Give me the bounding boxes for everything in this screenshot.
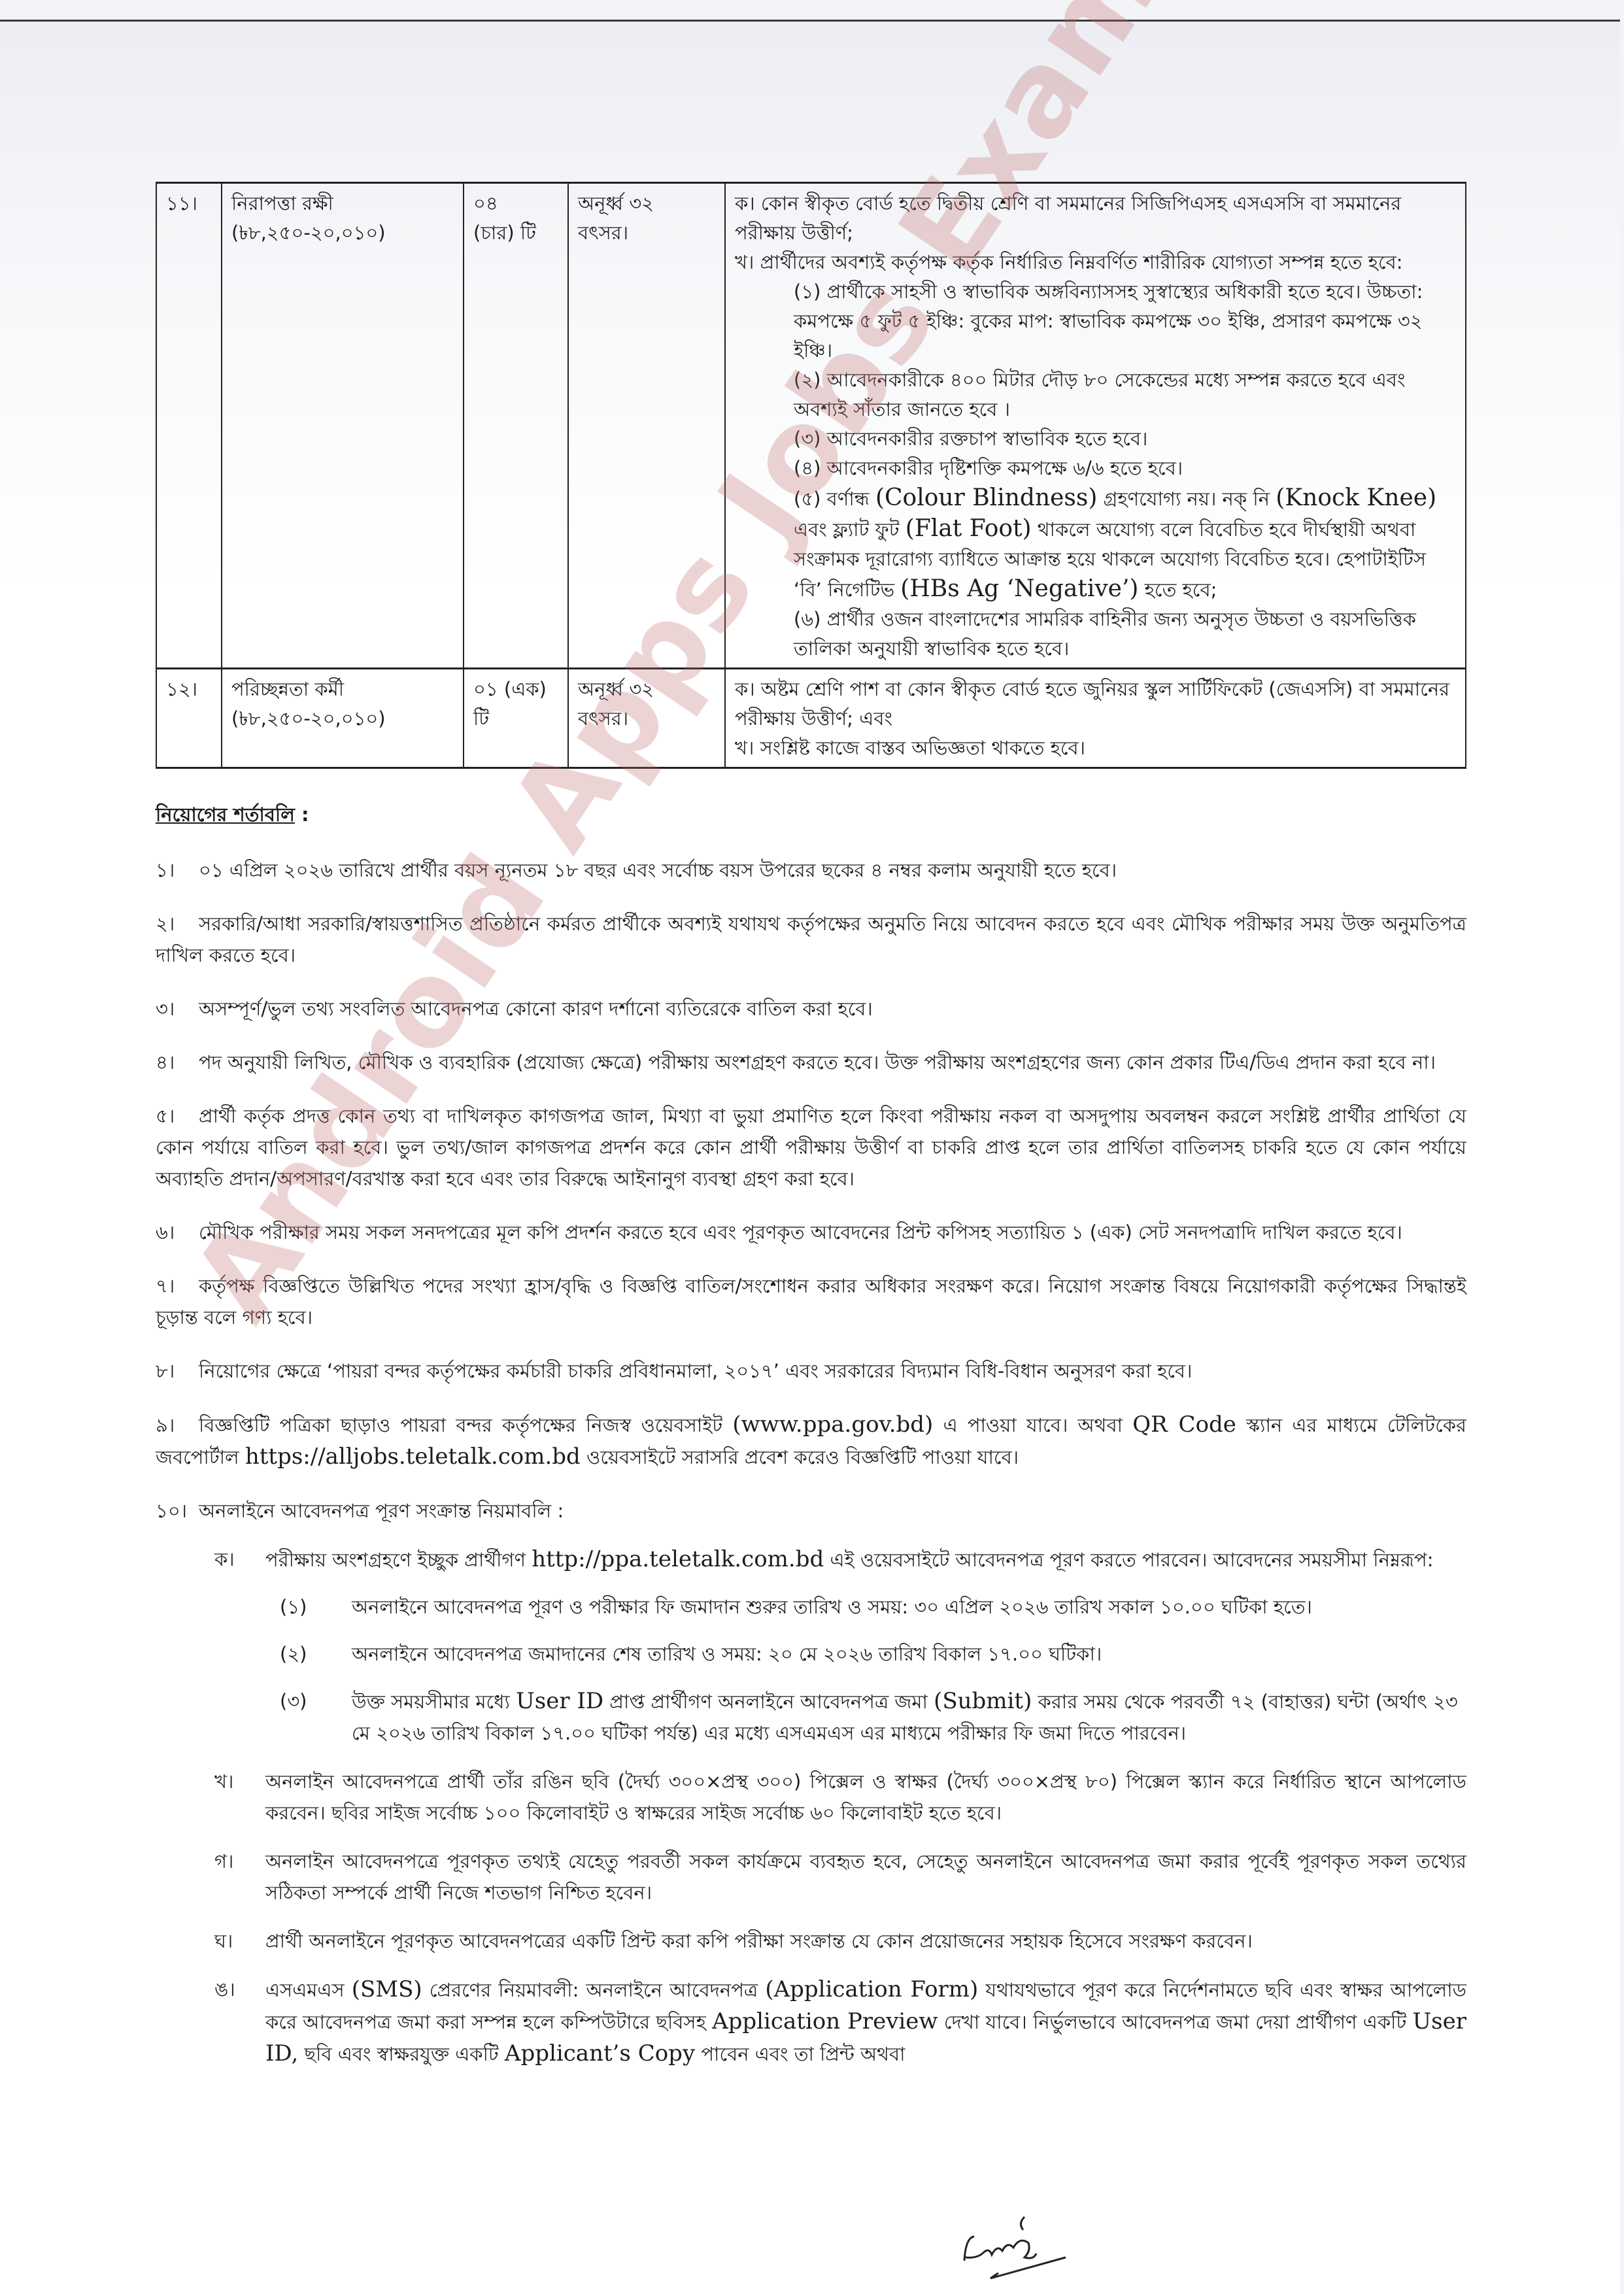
condition-number: ৮।	[156, 1355, 199, 1387]
condition-item-2: ২।সরকারি/আধা সরকারি/স্বায়ত্তশাসিত প্রতি…	[156, 908, 1466, 971]
condition-text: পদ অনুযায়ী লিখিত, মৌখিক ও ব্যবহারিক (প্…	[199, 1051, 1436, 1073]
rule-text: অনলাইন আবেদনপত্রে প্রার্থী তাঁর রঙিন ছবি…	[265, 1766, 1466, 1829]
physical-3: (৩) আবেদনকারীর রক্তচাপ স্বাভাবিক হতে হবে…	[735, 424, 1456, 454]
physical-6: (৬) প্রার্থীর ওজন বাংলাদেশের সামরিক বাহি…	[735, 605, 1456, 664]
condition-number: ১০।	[156, 1495, 199, 1527]
age-limit: অনূর্ধ্ব ৩২	[578, 675, 715, 704]
rule-label: ক।	[214, 1543, 265, 1576]
physical-2: (২) আবেদনকারীকে ৪০০ মিটার দৌড় ৮০ সেকেন্…	[735, 365, 1456, 424]
physical-5: (৫) বর্ণান্ধ (Colour Blindness) গ্রহণযোগ…	[735, 483, 1456, 605]
age-cell: অনূর্ধ্ব ৩২ বৎসর।	[568, 669, 725, 768]
text-run: প্রেরণের নিয়মাবলী: অনলাইনে আবেদনপত্র	[422, 1979, 766, 2001]
text-run: উক্ত সময়সীমার মধ্যে	[352, 1691, 516, 1713]
deadline-text: অনলাইনে আবেদনপত্র পূরণ ও পরীক্ষার ফি জমা…	[352, 1591, 1466, 1623]
english-term: (Colour Blindness)	[875, 484, 1098, 511]
document-content: ১১। নিরাপত্তা রক্ষী (৳৮,২৫০-২০,০১০) ০৪ (…	[156, 182, 1466, 2070]
text-run: পরীক্ষায় অংশগ্রহণে ইচ্ছুক প্রার্থীগণ	[265, 1549, 532, 1571]
condition-number: ৯।	[156, 1409, 199, 1441]
requirement-ka: ক। কোন স্বীকৃত বোর্ড হতে দ্বিতীয় শ্রেণি…	[735, 189, 1456, 248]
rule-label: ঙ।	[214, 1974, 265, 2070]
condition-number: ৬।	[156, 1217, 199, 1248]
serial-cell: ১১।	[156, 183, 222, 669]
pay-scale: (৳৮,২৫০-২০,০১০)	[231, 704, 454, 734]
text-run: ছবি এবং স্বাক্ষরযুক্ত একটি	[298, 2043, 505, 2065]
qr-code-term: QR Code	[1132, 1411, 1236, 1438]
physical-1: (১) প্রার্থীকে সাহসী ও স্বাভাবিক অঙ্গবিন…	[735, 277, 1456, 365]
section-colon: :	[295, 803, 309, 826]
text-run: পাবেন এবং তা প্রিন্ট অথবা	[695, 2043, 905, 2065]
post-name: নিরাপত্তা রক্ষী	[231, 189, 454, 218]
rule-text: এসএমএস (SMS) প্রেরণের নিয়মাবলী: অনলাইনে…	[265, 1974, 1466, 2070]
condition-item-1: ১।০১ এপ্রিল ২০২৬ তারিখে প্রার্থীর বয়স ন…	[156, 854, 1466, 886]
section-title: নিয়োগের শর্তাবলি	[156, 800, 295, 832]
condition-text: সরকারি/আধা সরকারি/স্বায়ত্তশাসিত প্রতিষ্…	[156, 913, 1466, 966]
condition-item-8: ৮।নিয়োগের ক্ষেত্রে ‘পায়রা বন্দর কর্তৃপ…	[156, 1355, 1466, 1387]
text-run: এসএমএস	[265, 1979, 352, 2001]
conditions-list: ১।০১ এপ্রিল ২০২৬ তারিখে প্রার্থীর বয়স ন…	[156, 854, 1466, 1387]
age-unit: বৎসর।	[578, 218, 715, 248]
condition-item-10: ১০।অনলাইনে আবেদনপত্র পূরণ সংক্রান্ত নিয়…	[156, 1495, 1466, 1527]
text-run: দেখা যাবে। নির্ভুলভাবে আবেদনপত্র জমা দেয…	[938, 2011, 1413, 2033]
english-term: Application Preview	[712, 2008, 938, 2034]
job-portal-link[interactable]: https://alljobs.teletalk.com.bd	[245, 1443, 581, 1470]
post-count: ০১ (এক)	[473, 675, 558, 704]
rule-text: অনলাইন আবেদনপত্রে পূরণকৃত তথ্যই যেহেতু প…	[265, 1846, 1466, 1908]
english-term: (HBs Ag ‘Negative’)	[900, 575, 1138, 602]
condition-item-4: ৪।পদ অনুযায়ী লিখিত, মৌখিক ও ব্যবহারিক (…	[156, 1047, 1466, 1078]
requirement-kha: খ। সংশ্লিষ্ট কাজে বাস্তব অভিজ্ঞতা থাকতে …	[735, 734, 1456, 763]
english-term: Applicant’s Copy	[505, 2040, 695, 2066]
english-term: (Submit)	[934, 1688, 1032, 1714]
requirements-cell: ক। কোন স্বীকৃত বোর্ড হতে দ্বিতীয় শ্রেণি…	[725, 183, 1466, 669]
condition-item-5: ৫।প্রার্থী কর্তৃক প্রদত্ত কোন তথ্য বা দা…	[156, 1100, 1466, 1194]
condition-number: ১।	[156, 854, 199, 886]
age-cell: অনূর্ধ্ব ৩২ বৎসর।	[568, 183, 725, 669]
post-count-words: টি	[473, 704, 558, 734]
condition-number: ৪।	[156, 1047, 199, 1078]
rule-label: গ।	[214, 1846, 265, 1908]
website-link[interactable]: (www.ppa.gov.bd)	[732, 1411, 933, 1438]
condition-number: ৫।	[156, 1100, 199, 1132]
deadline-text: উক্ত সময়সীমার মধ্যে User ID প্রাপ্ত প্র…	[352, 1685, 1466, 1749]
condition-item-7: ৭।কর্তৃপক্ষ বিজ্ঞপ্তিতে উল্লিখিত পদের সং…	[156, 1270, 1466, 1333]
serial-cell: ১২।	[156, 669, 222, 768]
pay-scale: (৳৮,২৫০-২০,০১০)	[231, 218, 454, 248]
english-term: User ID	[516, 1688, 603, 1714]
english-term: (Application Form)	[765, 1976, 978, 2002]
english-term: (Knock Knee)	[1276, 484, 1436, 511]
deadline-text: অনলাইনে আবেদনপত্র জমাদানের শেষ তারিখ ও স…	[352, 1638, 1466, 1670]
english-term: (SMS)	[352, 1976, 422, 2002]
post-table: ১১। নিরাপত্তা রক্ষী (৳৮,২৫০-২০,০১০) ০৪ (…	[156, 182, 1466, 769]
age-limit: অনূর্ধ্ব ৩২	[578, 189, 715, 218]
conditions-heading: নিয়োগের শর্তাবলি :	[156, 800, 1466, 832]
online-rule-ka: ক। পরীক্ষায় অংশগ্রহণে ইচ্ছুক প্রার্থীগণ…	[214, 1543, 1466, 1576]
condition-text: অসম্পূর্ণ/ভুল তথ্য সংবলিত আবেদনপত্র কোনো…	[199, 998, 873, 1020]
rule-text: প্রার্থী অনলাইনে পূরণকৃত আবেদনপত্রের একট…	[265, 1925, 1466, 1957]
condition-text: মৌখিক পরীক্ষার সময় সকল সনদপত্রের মূল কপ…	[199, 1221, 1402, 1243]
text-run: প্রাপ্ত প্রার্থীগণ অনলাইনে আবেদনপত্র জমা	[603, 1691, 934, 1713]
condition-number: ৩।	[156, 993, 199, 1024]
text-run: বিজ্ঞপ্তিটি পত্রিকা ছাড়াও পায়রা বন্দর …	[199, 1414, 732, 1436]
physical-4: (৪) আবেদনকারীর দৃষ্টিশক্তি কমপক্ষে ৬/৬ হ…	[735, 454, 1456, 483]
condition-item-6: ৬।মৌখিক পরীক্ষার সময় সকল সনদপত্রের মূল …	[156, 1217, 1466, 1248]
rule-text: পরীক্ষায় অংশগ্রহণে ইচ্ছুক প্রার্থীগণ ht…	[265, 1543, 1466, 1576]
text-run: গ্রহণযোগ্য নয়। নক্ নি	[1097, 488, 1276, 510]
deadline-label: (৩)	[280, 1685, 352, 1749]
text-run: এবং ফ্ল্যাট ফুট	[794, 518, 905, 541]
post-count-words: (চার) টি	[473, 218, 558, 248]
requirements-cell: ক। অষ্টম শ্রেণি পাশ বা কোন স্বীকৃত বোর্ড…	[725, 669, 1466, 768]
count-cell: ০৪ (চার) টি	[464, 183, 568, 669]
condition-number: ২।	[156, 908, 199, 939]
condition-number: ৭।	[156, 1270, 199, 1302]
text-run: হতে হবে;	[1138, 579, 1217, 601]
online-rule-ga: গ। অনলাইন আবেদনপত্রে পূরণকৃত তথ্যই যেহেত…	[214, 1846, 1466, 1908]
requirement-kha: খ। প্রার্থীদের অবশ্যই কর্তৃপক্ষ কর্তৃক ন…	[735, 248, 1456, 277]
post-count: ০৪	[473, 189, 558, 218]
rule-label: খ।	[214, 1766, 265, 1829]
condition-text: ০১ এপ্রিল ২০২৬ তারিখে প্রার্থীর বয়স ন্য…	[199, 859, 1117, 881]
application-site-link[interactable]: http://ppa.teletalk.com.bd	[532, 1546, 824, 1572]
text-run: এ পাওয়া যাবে। অথবা	[933, 1414, 1132, 1436]
deadline-item-1: (১) অনলাইনে আবেদনপত্র পূরণ ও পরীক্ষার ফি…	[280, 1591, 1466, 1623]
post-cell: পরিচ্ছন্নতা কর্মী (৳৮,২৫০-২০,০১০)	[222, 669, 464, 768]
online-rule-gha: ঘ। প্রার্থী অনলাইনে পূরণকৃত আবেদনপত্রের …	[214, 1925, 1466, 1957]
signature-icon	[951, 2212, 1082, 2284]
age-unit: বৎসর।	[578, 704, 715, 734]
condition-text: অনলাইনে আবেদনপত্র পূরণ সংক্রান্ত নিয়মাব…	[199, 1500, 564, 1522]
online-rule-kha: খ। অনলাইন আবেদনপত্রে প্রার্থী তাঁর রঙিন …	[214, 1766, 1466, 1829]
deadline-label: (১)	[280, 1591, 352, 1623]
text-run: ওয়েবসাইটে সরাসরি প্রবেশ করেও বিজ্ঞপ্তিট…	[581, 1446, 1019, 1468]
count-cell: ০১ (এক) টি	[464, 669, 568, 768]
rule-label: ঘ।	[214, 1925, 265, 1957]
document-page: ১১। নিরাপত্তা রক্ষী (৳৮,২৫০-২০,০১০) ০৪ (…	[0, 20, 1620, 2294]
post-cell: নিরাপত্তা রক্ষী (৳৮,২৫০-২০,০১০)	[222, 183, 464, 669]
english-term: (Flat Foot)	[905, 515, 1032, 542]
text-run: এই ওয়েবসাইটে আবেদনপত্র পূরণ করতে পারবেন…	[824, 1549, 1433, 1571]
condition-item-9: ৯।বিজ্ঞপ্তিটি পত্রিকা ছাড়াও পায়রা বন্দ…	[156, 1409, 1466, 1473]
condition-text: প্রার্থী কর্তৃক প্রদত্ত কোন তথ্য বা দাখি…	[156, 1105, 1466, 1190]
deadline-item-3: (৩) উক্ত সময়সীমার মধ্যে User ID প্রাপ্ত…	[280, 1685, 1466, 1749]
post-name: পরিচ্ছন্নতা কর্মী	[231, 675, 454, 704]
condition-item-3: ৩।অসম্পূর্ণ/ভুল তথ্য সংবলিত আবেদনপত্র কো…	[156, 993, 1466, 1024]
table-row: ১২। পরিচ্ছন্নতা কর্মী (৳৮,২৫০-২০,০১০) ০১…	[156, 669, 1466, 768]
deadline-item-2: (২) অনলাইনে আবেদনপত্র জমাদানের শেষ তারিখ…	[280, 1638, 1466, 1670]
text-run: (৫) বর্ণান্ধ	[794, 488, 875, 510]
condition-text: কর্তৃপক্ষ বিজ্ঞপ্তিতে উল্লিখিত পদের সংখ্…	[156, 1275, 1466, 1328]
condition-text: নিয়োগের ক্ষেত্রে ‘পায়রা বন্দর কর্তৃপক্…	[199, 1360, 1192, 1382]
online-rule-uma: ঙ। এসএমএস (SMS) প্রেরণের নিয়মাবলী: অনলা…	[214, 1974, 1466, 2070]
deadline-label: (২)	[280, 1638, 352, 1670]
table-row: ১১। নিরাপত্তা রক্ষী (৳৮,২৫০-২০,০১০) ০৪ (…	[156, 183, 1466, 669]
requirement-ka: ক। অষ্টম শ্রেণি পাশ বা কোন স্বীকৃত বোর্ড…	[735, 675, 1456, 734]
